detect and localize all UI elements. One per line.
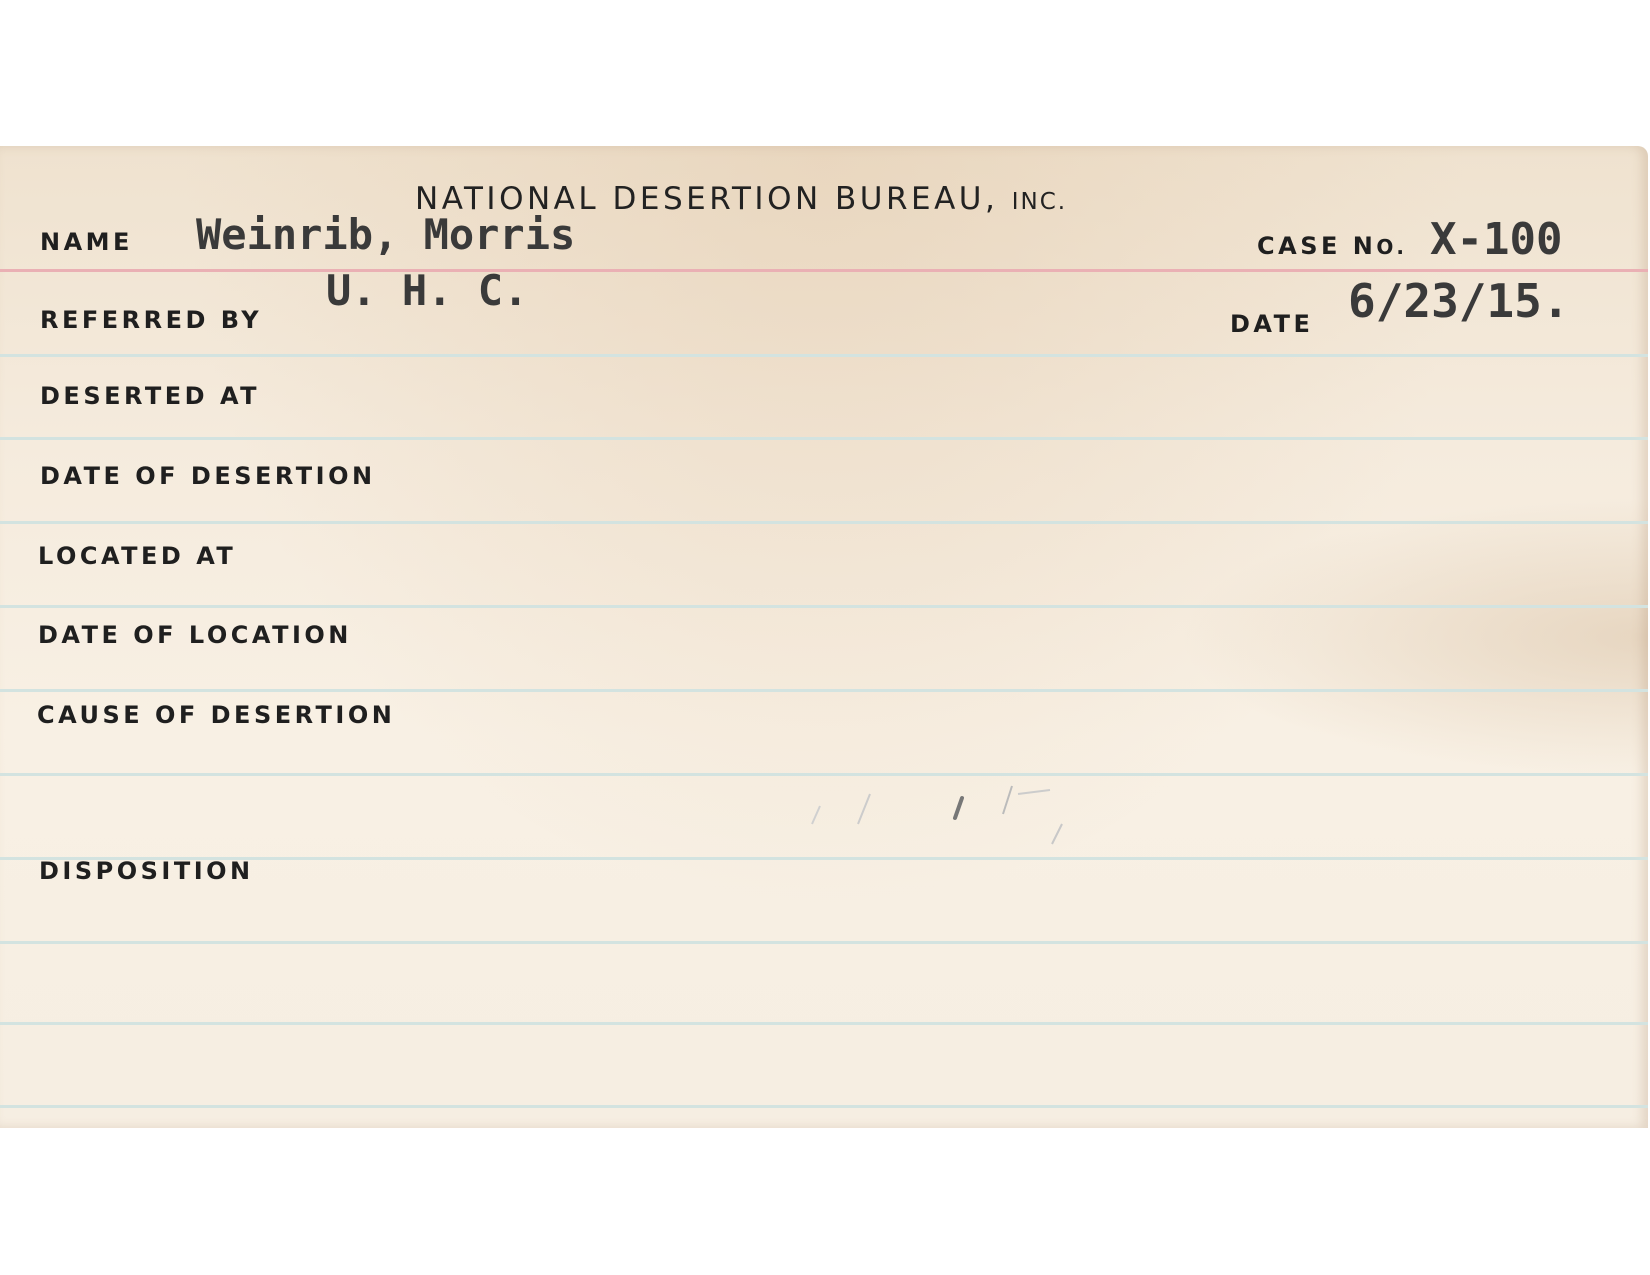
case-no-label-main: CASE N bbox=[1257, 232, 1376, 260]
date-of-location-label: DATE OF LOCATION bbox=[38, 621, 352, 649]
index-card: NATIONAL DESERTION BUREAU, INC. NAME Wei… bbox=[0, 146, 1648, 1128]
cause-of-desertion-label: CAUSE OF DESERTION bbox=[37, 701, 395, 729]
case-no-label-small: O. bbox=[1376, 235, 1407, 259]
blue-rule bbox=[0, 354, 1648, 357]
blue-rule bbox=[0, 689, 1648, 692]
bureau-title-suffix: INC. bbox=[1012, 189, 1067, 215]
date-of-desertion-label: DATE OF DESERTION bbox=[40, 462, 376, 490]
case-no-label: CASE NO. bbox=[1257, 232, 1407, 260]
name-label: NAME bbox=[40, 228, 133, 256]
date-label: DATE bbox=[1230, 310, 1313, 338]
blue-rule bbox=[0, 521, 1648, 524]
name-value[interactable]: Weinrib, Morris bbox=[196, 210, 575, 259]
deserted-at-label: DESERTED AT bbox=[40, 382, 260, 410]
referred-by-value[interactable]: U. H. C. bbox=[326, 266, 528, 315]
blue-rule bbox=[0, 437, 1648, 440]
disposition-label: DISPOSITION bbox=[39, 857, 254, 885]
case-no-value[interactable]: X-100 bbox=[1430, 214, 1562, 265]
blue-rule bbox=[0, 941, 1648, 944]
pencil-marks bbox=[750, 766, 1130, 856]
pink-header-rule bbox=[0, 269, 1648, 272]
blue-rule bbox=[0, 605, 1648, 608]
blue-rule bbox=[0, 1105, 1648, 1108]
date-value[interactable]: 6/23/15. bbox=[1348, 274, 1570, 328]
referred-by-label: REFERRED BY bbox=[40, 306, 262, 334]
located-at-label: LOCATED AT bbox=[38, 542, 236, 570]
blue-rule bbox=[0, 1022, 1648, 1025]
